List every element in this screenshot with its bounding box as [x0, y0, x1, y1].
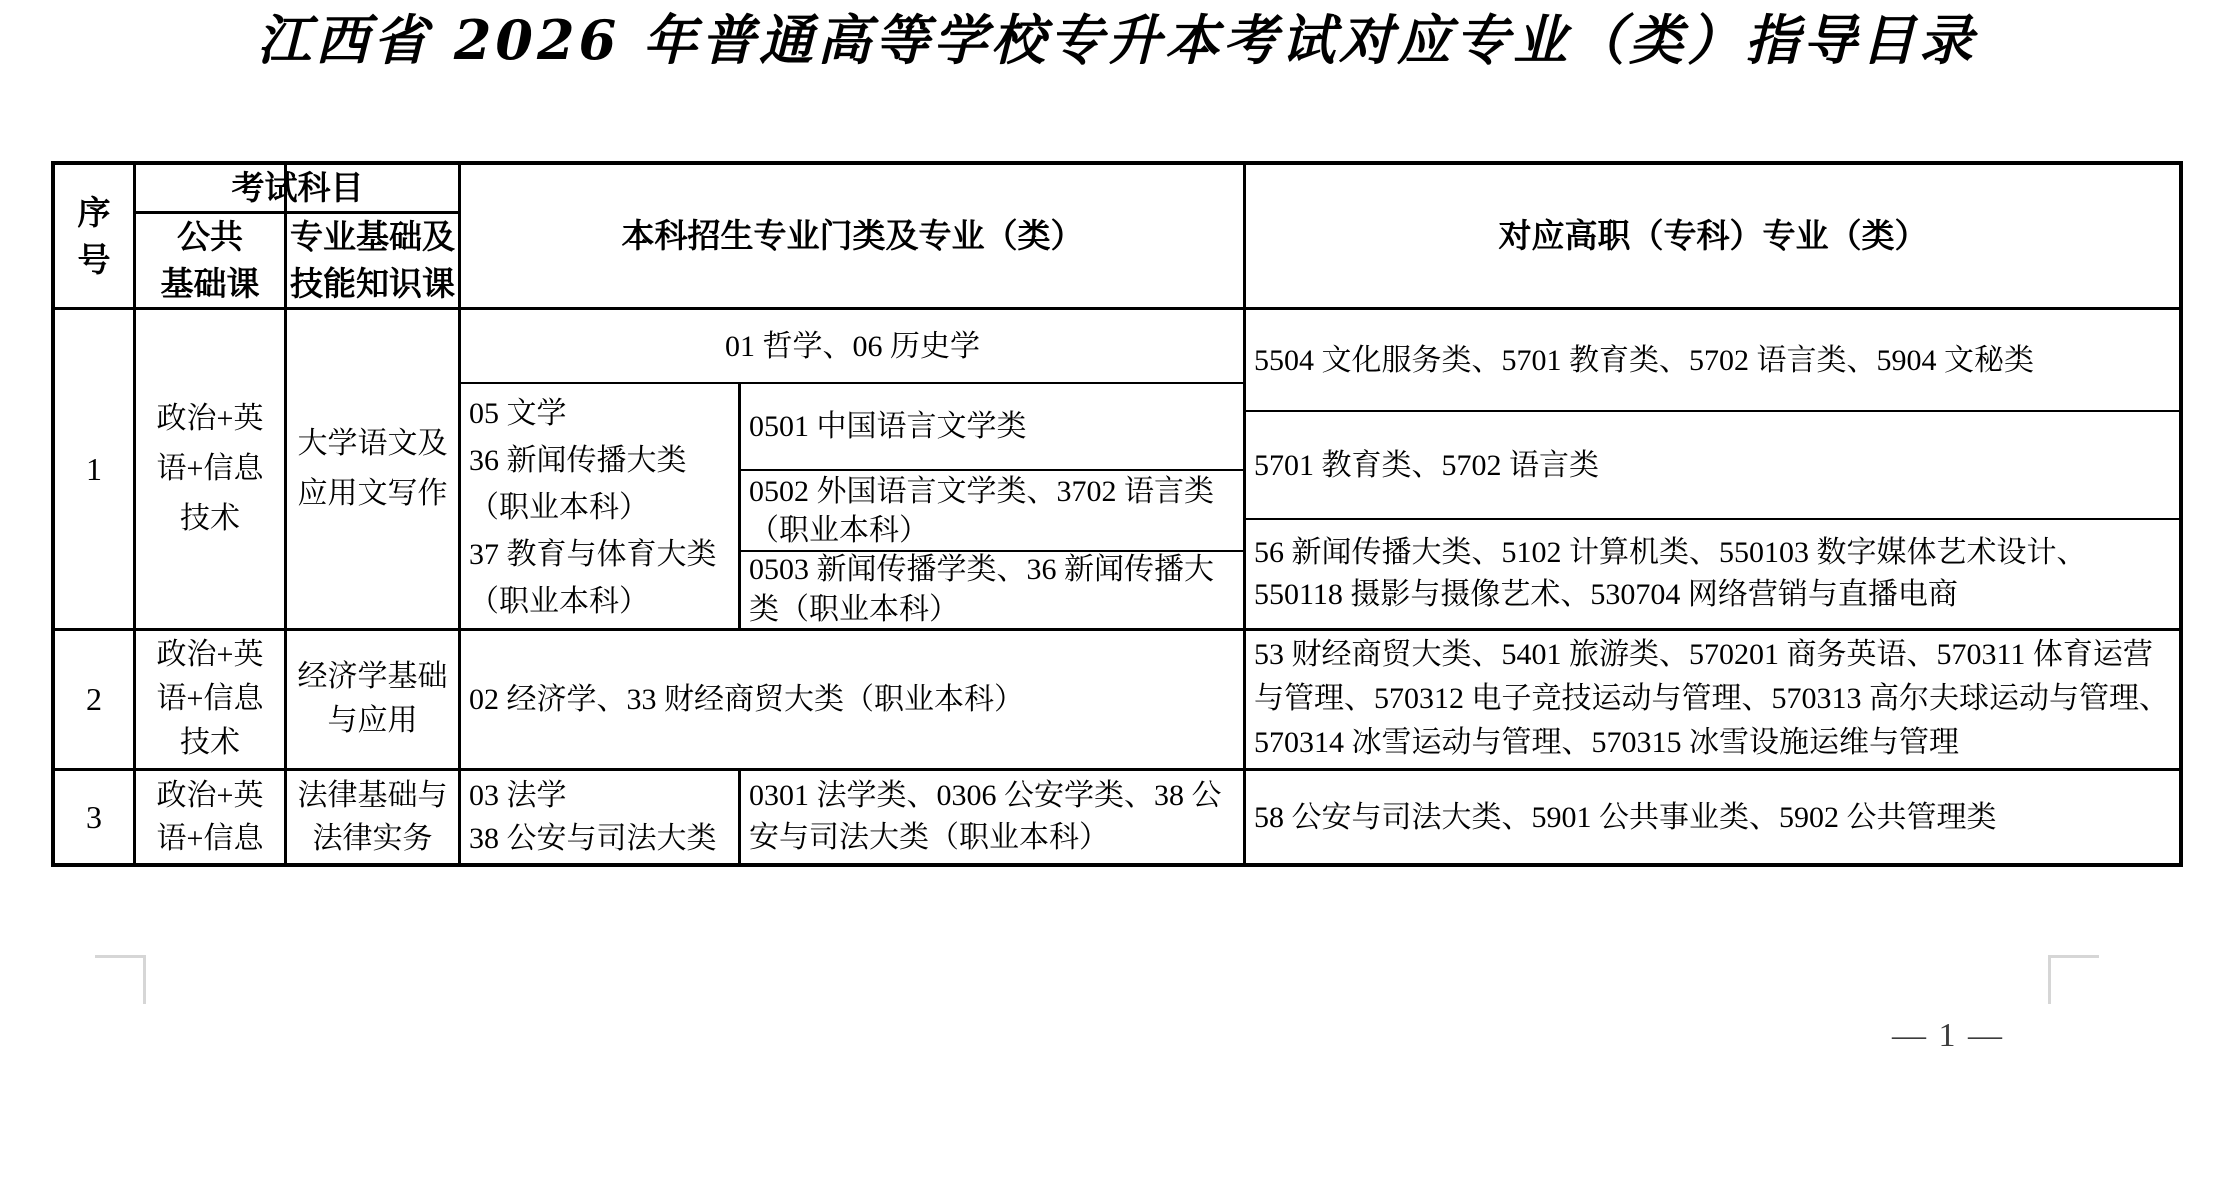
page-title: 江西省 2026 年普通高等学校专升本考试对应专业（类）指导目录	[0, 4, 2234, 76]
row2-vocational-cell: 53 财经商贸大类、5401 旅游类、570201 商务英语、570311 体育…	[1245, 630, 2181, 768]
row3-undergrad-left-cell: 03 法学 38 公安与司法大类	[460, 770, 738, 864]
row1-vocational-cell-c: 56 新闻传播大类、5102 计算机类、550103 数字媒体艺术设计、5501…	[1245, 520, 2181, 628]
row1-undergrad-cell-0501: 0501 中国语言文学类	[740, 384, 1245, 469]
row3-professional-basic-cell: 法律基础与 法律实务	[285, 770, 460, 864]
vocational-header-cell: 对应高职（专科）专业（类）	[1245, 163, 2181, 310]
row2-public-basic-cell: 政治+英 语+信息 技术	[135, 630, 285, 768]
crop-mark-right	[2048, 955, 2099, 1004]
undergrad-header-cell: 本科招生专业门类及专业（类）	[460, 163, 1245, 310]
row1-vocational-cell-b: 5701 教育类、5702 语言类	[1245, 412, 2181, 518]
row1-professional-basic-cell: 大学语文及 应用文写作	[285, 310, 460, 628]
row1-seq-cell: 1	[53, 310, 135, 628]
row1-undergrad-group-cell: 01 哲学、06 历史学	[460, 310, 1245, 382]
crop-mark-left	[95, 955, 146, 1004]
seq-header-cell: 序 号	[53, 163, 135, 310]
exam-subjects-header-cell: 考试科目	[135, 163, 460, 213]
public-basic-header-cell: 公共 基础课	[135, 213, 285, 309]
row3-undergrad-right-cell: 0301 法学类、0306 公安学类、38 公安与司法大类（职业本科）	[740, 770, 1245, 864]
row2-undergrad-cell: 02 经济学、33 财经商贸大类（职业本科）	[460, 630, 1245, 768]
row1-vocational-cell-a: 5504 文化服务类、5701 教育类、5702 语言类、5904 文秘类	[1245, 310, 2181, 410]
page-number: — 1 —	[1856, 1012, 2040, 1060]
row3-vocational-cell: 58 公安与司法大类、5901 公共事业类、5902 公共管理类	[1245, 770, 2181, 864]
professional-basic-header-cell: 专业基础及 技能知识课	[285, 213, 460, 309]
row1-undergrad-cell-0503: 0503 新闻传播学类、36 新闻传播大类（职业本科）	[740, 552, 1245, 628]
row3-seq-cell: 3	[53, 770, 135, 864]
row1-undergrad-cell-0502: 0502 外国语言文学类、3702 语言类 （职业本科）	[740, 471, 1245, 550]
row3-public-basic-cell: 政治+英 语+信息	[135, 770, 285, 864]
row2-professional-basic-cell: 经济学基础 与应用	[285, 630, 460, 768]
row2-seq-cell: 2	[53, 630, 135, 768]
row1-public-basic-cell: 政治+英 语+信息 技术	[135, 310, 285, 628]
row1-undergrad-left-cell: 05 文学 36 新闻传播大类 （职业本科） 37 教育与体育大类 （职业本科）	[460, 384, 738, 630]
document-page: 江西省 2026 年普通高等学校专升本考试对应专业（类）指导目录 序 号 考试科…	[0, 0, 2234, 1197]
